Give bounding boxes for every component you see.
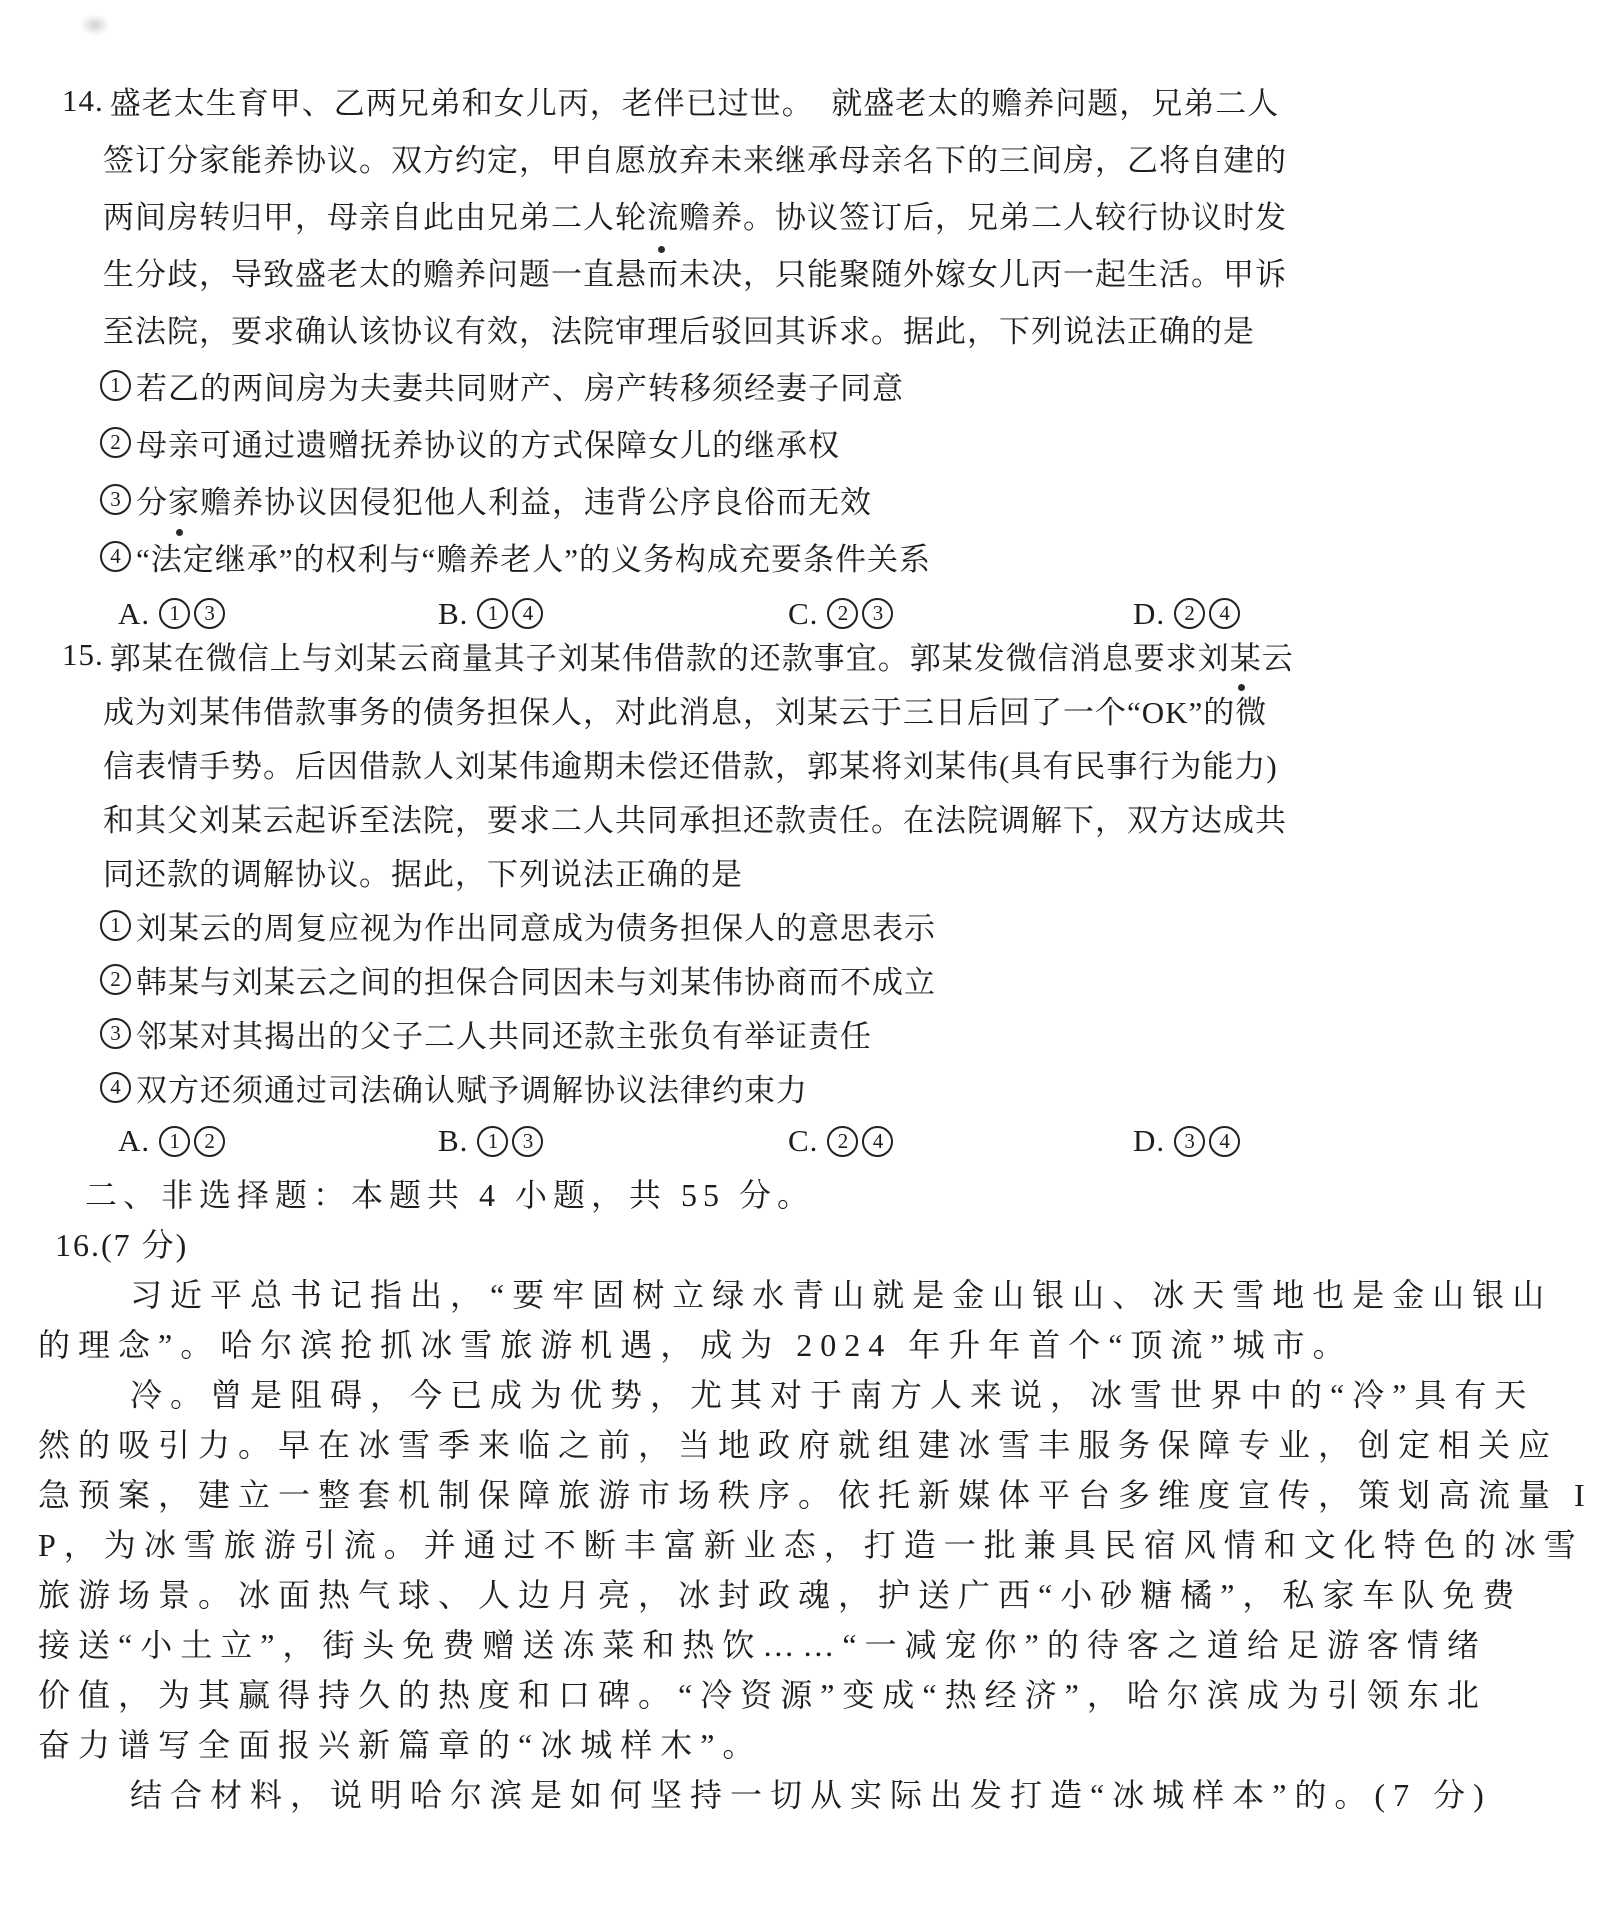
question-stem-line: 两间房转归甲，母亲自此由兄弟二人轮流赡养。协议签订后，兄弟二人较行协议时发 [103, 186, 1608, 243]
stem-text: 信表情手势。后因借款人刘某伟逾期未偿还借款，郭某将刘某伟(具有民事行为能力) [103, 741, 1278, 786]
question-number: 14. [62, 83, 104, 119]
choice-label: D. [1133, 1123, 1165, 1159]
circled-number-icon: 3 [1174, 1126, 1205, 1157]
choice-C: C. 2 3 [788, 596, 893, 632]
choice-label: C. [788, 596, 818, 632]
choice-label: D. [1133, 596, 1165, 632]
option-line-1: 1 若乙的两间房为夫妻共同财产、房产转移须经妻子同意 [100, 357, 1608, 414]
circled-number-icon: 2 [827, 1126, 858, 1157]
section-heading: 二、非选择题：本题共 4 小题，共 55 分。 [85, 1168, 1608, 1218]
stem-text: 和其父刘某云起诉至法院，要求二人共同承担还款责任。在法院调解下，双方达成共 [103, 795, 1287, 840]
option-line-2: 2 韩某与刘某云之间的担保合同因未与刘某伟协商而不成立 [100, 952, 1608, 1006]
question-stem-line: 生分歧，导致盛老太的赡养问题一直悬而未决，只能聚随外嫁女儿丙一起生活。甲诉 [103, 243, 1608, 300]
circled-number-icon: 4 [512, 598, 543, 629]
material-line: 旅游场景。冰面热气球、人边月亮，冰封政魂，护送广西“小砂糖橘”，私家车队免费 [38, 1568, 1608, 1618]
option-text: 分家赡养协议因侵犯他人利益，违背公序良俗而无效 [136, 477, 872, 522]
stem-text: 成为刘某伟借款事务的债务担保人，对此消息，刘某云于三日后回了一个“OK”的微 [103, 687, 1267, 732]
circled-number-icon: 1 [100, 910, 131, 941]
choice-label: B. [438, 1123, 468, 1159]
circled-number-icon: 4 [100, 541, 131, 572]
stem-text: 盛老太生育甲、乙两兄弟和女儿丙，老伴已过世。 就盛老太的赡养问题，兄弟二人 [110, 78, 1280, 123]
question-stem-line: 信表情手势。后因借款人刘某伟逾期未偿还借款，郭某将刘某伟(具有民事行为能力) [103, 736, 1608, 790]
question-stem-line: 成为刘某伟借款事务的债务担保人，对此消息，刘某云于三日后回了一个“OK”的微 [103, 682, 1608, 736]
option-text: 邻某对其揭出的父子二人共同还款主张负有举证责任 [136, 1011, 872, 1056]
question-15: 15. 郭某在微信上与刘某云商量其子刘某伟借款的还款事宜。郭某发微信消息要求刘某… [0, 628, 1608, 1168]
question-stem-line: 同还款的调解协议。据此，下列说法正确的是 [103, 844, 1608, 898]
option-line-3: 3 分家赡养协议因侵犯他人利益，违背公序良俗而无效 [100, 471, 1608, 528]
material-line: 的理念”。哈尔滨抢抓冰雪旅游机遇，成为 2024 年升年首个“顶流”城市。 [38, 1318, 1608, 1368]
material-line: 急预案，建立一整套机制保障旅游市场秩序。依托新媒体平台多维度宣传，策划高流量 I [38, 1468, 1608, 1518]
answer-choices-row: A. 1 3 B. 1 4 C. 2 3 D. 2 4 [0, 585, 1608, 642]
circled-number-icon: 2 [194, 1126, 225, 1157]
question-number: 15. [62, 637, 104, 673]
option-text: 若乙的两间房为夫妻共同财产、房产转移须经妻子同意 [136, 363, 904, 408]
circled-number-icon: 4 [862, 1126, 893, 1157]
material-line: 奋力谱写全面报兴新篇章的“冰城样木”。 [38, 1718, 1608, 1768]
section-2: 二、非选择题：本题共 4 小题，共 55 分。 16.(7 分) 习近平总书记指… [0, 1168, 1608, 1818]
circled-number-icon: 2 [1174, 598, 1205, 629]
choice-label: A. [118, 596, 150, 632]
circled-number-icon: 1 [477, 598, 508, 629]
circled-number-icon: 2 [100, 427, 131, 458]
question-stem-line: 签订分家能养协议。双方约定，甲自愿放弃未来继承母亲名下的三间房，乙将自建的 [103, 129, 1608, 186]
option-line-2: 2 母亲可通过遗赠抚养协议的方式保障女儿的继承权 [100, 414, 1608, 471]
choice-label: C. [788, 1123, 818, 1159]
circled-number-icon: 3 [100, 1018, 131, 1049]
material-line: 价值，为其赢得持久的热度和口碑。“冷资源”变成“热经济”，哈尔滨成为引领东北 [38, 1668, 1608, 1718]
circled-number-icon: 4 [1209, 598, 1240, 629]
circled-number-icon: 1 [100, 370, 131, 401]
choice-label: B. [438, 596, 468, 632]
option-text: “法定继承”的权利与“赡养老人”的义务构成充要条件关系 [136, 534, 931, 579]
circled-number-icon: 1 [159, 598, 190, 629]
choice-D: D. 3 4 [1133, 1123, 1240, 1159]
circled-number-icon: 4 [1209, 1126, 1240, 1157]
material-line: 接送“小土立”，街头免费赠送冻菜和热饮……“一减宠你”的待客之道给足游客情绪 [38, 1618, 1608, 1668]
option-text: 刘某云的周复应视为作出同意成为债务担保人的意思表示 [136, 903, 936, 948]
option-line-1: 1 刘某云的周复应视为作出同意成为债务担保人的意思表示 [100, 898, 1608, 952]
question-stem-line: 和其父刘某云起诉至法院，要求二人共同承担还款责任。在法院调解下，双方达成共 [103, 790, 1608, 844]
material-line: 冷。曾是阻碍，今已成为优势，尤其对于南方人来说，冰雪世界中的“冷”具有天 [130, 1368, 1608, 1418]
scan-artifact [80, 14, 110, 36]
question-16-number: 16.(7 分) [55, 1218, 1608, 1268]
emphasis-dot [1238, 684, 1245, 691]
choice-C: C. 2 4 [788, 1123, 893, 1159]
circled-number-icon: 3 [100, 484, 131, 515]
stem-text: 生分歧，导致盛老太的赡养问题一直悬而未决，只能聚随外嫁女儿丙一起生活。甲诉 [103, 249, 1287, 294]
option-text: 韩某与刘某云之间的担保合同因未与刘某伟协商而不成立 [136, 957, 936, 1002]
material-line: 然的吸引力。早在冰雪季来临之前，当地政府就组建冰雪丰服务保障专业，创定相关应 [38, 1418, 1608, 1468]
circled-number-icon: 3 [862, 598, 893, 629]
circled-number-icon: 4 [100, 1072, 131, 1103]
question-stem-line: 至法院，要求确认该协议有效，法院审理后驳回其诉求。据此，下列说法正确的是 [103, 300, 1608, 357]
circled-number-icon: 1 [477, 1126, 508, 1157]
circled-number-icon: 3 [512, 1126, 543, 1157]
stem-text: 两间房转归甲，母亲自此由兄弟二人轮流赡养。协议签订后，兄弟二人较行协议时发 [103, 192, 1287, 237]
stem-text: 至法院，要求确认该协议有效，法院审理后驳回其诉求。据此，下列说法正确的是 [103, 306, 1255, 351]
question-14: 14. 盛老太生育甲、乙两兄弟和女儿丙，老伴已过世。 就盛老太的赡养问题，兄弟二… [0, 72, 1608, 642]
answer-choices-row: A. 1 2 B. 1 3 C. 2 4 D. 3 4 [0, 1114, 1608, 1168]
question-16-task: 结合材料，说明哈尔滨是如何坚持一切从实际出发打造“冰城样本”的。(7 分) [130, 1768, 1608, 1818]
choice-B: B. 1 3 [438, 1123, 543, 1159]
option-line-4: 4 “法定继承”的权利与“赡养老人”的义务构成充要条件关系 [100, 528, 1608, 585]
circled-number-icon: 1 [159, 1126, 190, 1157]
material-line: 习近平总书记指出，“要牢固树立绿水青山就是金山银山、冰天雪地也是金山银山 [130, 1268, 1608, 1318]
circled-number-icon: 2 [827, 598, 858, 629]
question-stem-line: 14. 盛老太生育甲、乙两兄弟和女儿丙，老伴已过世。 就盛老太的赡养问题，兄弟二… [62, 72, 1608, 129]
emphasis-dot [176, 529, 183, 536]
exam-page: 14. 盛老太生育甲、乙两兄弟和女儿丙，老伴已过世。 就盛老太的赡养问题，兄弟二… [0, 0, 1608, 1908]
circled-number-icon: 2 [100, 964, 131, 995]
choice-A: A. 1 3 [118, 596, 225, 632]
material-line: P，为冰雪旅游引流。并通过不断丰富新业态，打造一批兼具民宿风情和文化特色的冰雪 [38, 1518, 1608, 1568]
option-line-4: 4 双方还须通过司法确认赋予调解协议法律约束力 [100, 1060, 1608, 1114]
choice-A: A. 1 2 [118, 1123, 225, 1159]
emphasis-dot [658, 246, 665, 253]
option-text: 双方还须通过司法确认赋予调解协议法律约束力 [136, 1065, 808, 1110]
choice-B: B. 1 4 [438, 596, 543, 632]
option-text: 母亲可通过遗赠抚养协议的方式保障女儿的继承权 [136, 420, 840, 465]
option-line-3: 3 邻某对其揭出的父子二人共同还款主张负有举证责任 [100, 1006, 1608, 1060]
stem-text: 签订分家能养协议。双方约定，甲自愿放弃未来继承母亲名下的三间房，乙将自建的 [103, 135, 1287, 180]
choice-D: D. 2 4 [1133, 596, 1240, 632]
stem-text: 同还款的调解协议。据此，下列说法正确的是 [103, 849, 743, 894]
circled-number-icon: 3 [194, 598, 225, 629]
choice-label: A. [118, 1123, 150, 1159]
